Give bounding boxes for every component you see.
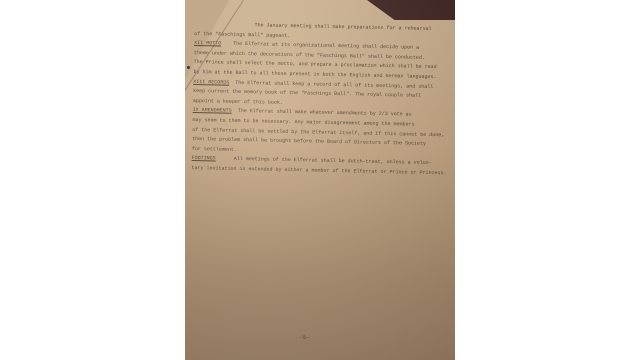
section-heading: XIII RECORDS [193, 79, 229, 86]
section-heading: FOOTINGS [192, 155, 216, 162]
page-number: -5- [300, 335, 309, 341]
bullet-mark [187, 66, 190, 69]
section-heading: XII MOTTO [194, 40, 221, 47]
section-heading: IX AMENDMENTS [193, 107, 232, 114]
typed-page: The January meeting shall make preparati… [191, 0, 455, 179]
document-photo: The January meeting shall make preparati… [185, 0, 455, 360]
